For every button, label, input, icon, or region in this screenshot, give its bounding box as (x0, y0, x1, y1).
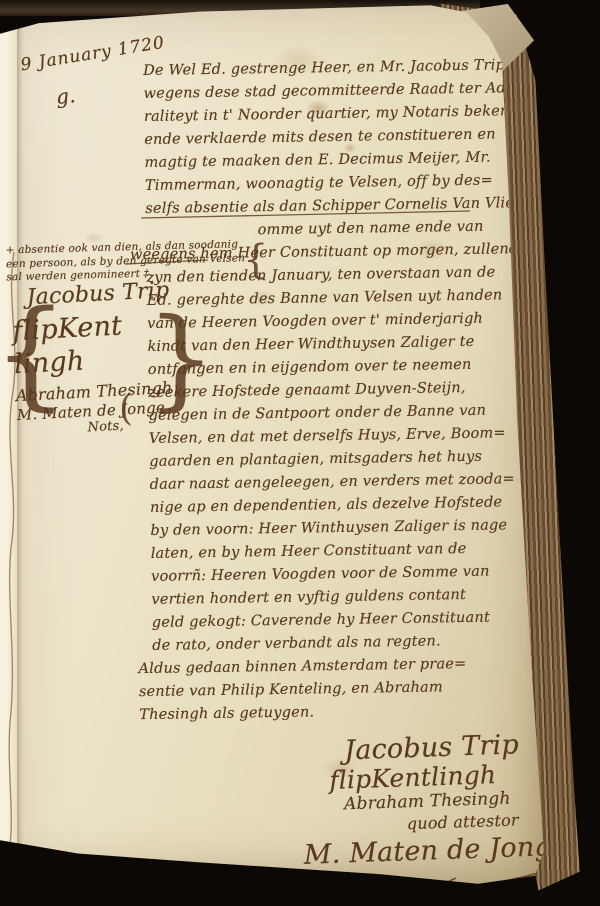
manuscript-photo: 9 January 1720 g. De Wel Ed. gestrenge H… (0, 0, 600, 906)
margin-signature: flipKent (12, 310, 172, 345)
folio-mark: g. (55, 83, 77, 109)
margin-signatures: Jacobus Trip flipKent lingh Abraham Thes… (10, 280, 176, 438)
signature-block: Jacobus Trip flipKentlingh Abraham Thesi… (316, 730, 569, 869)
curly-brace-icon: { (243, 234, 268, 286)
signature: Abraham Thesingh (344, 789, 567, 814)
under-page-edge (0, 18, 17, 860)
notary-signature: M. Maten de Jonge (303, 833, 568, 869)
signature-flourish (308, 872, 542, 890)
margin-signature: Jacobus Trip (26, 280, 170, 309)
margin-signature: lingh (13, 343, 173, 378)
signature: flipKentlingh (329, 760, 566, 793)
signature: Jacobus Trip (344, 730, 565, 765)
manuscript-page: 9 January 1720 g. De Wel Ed. gestrenge H… (0, 0, 556, 890)
